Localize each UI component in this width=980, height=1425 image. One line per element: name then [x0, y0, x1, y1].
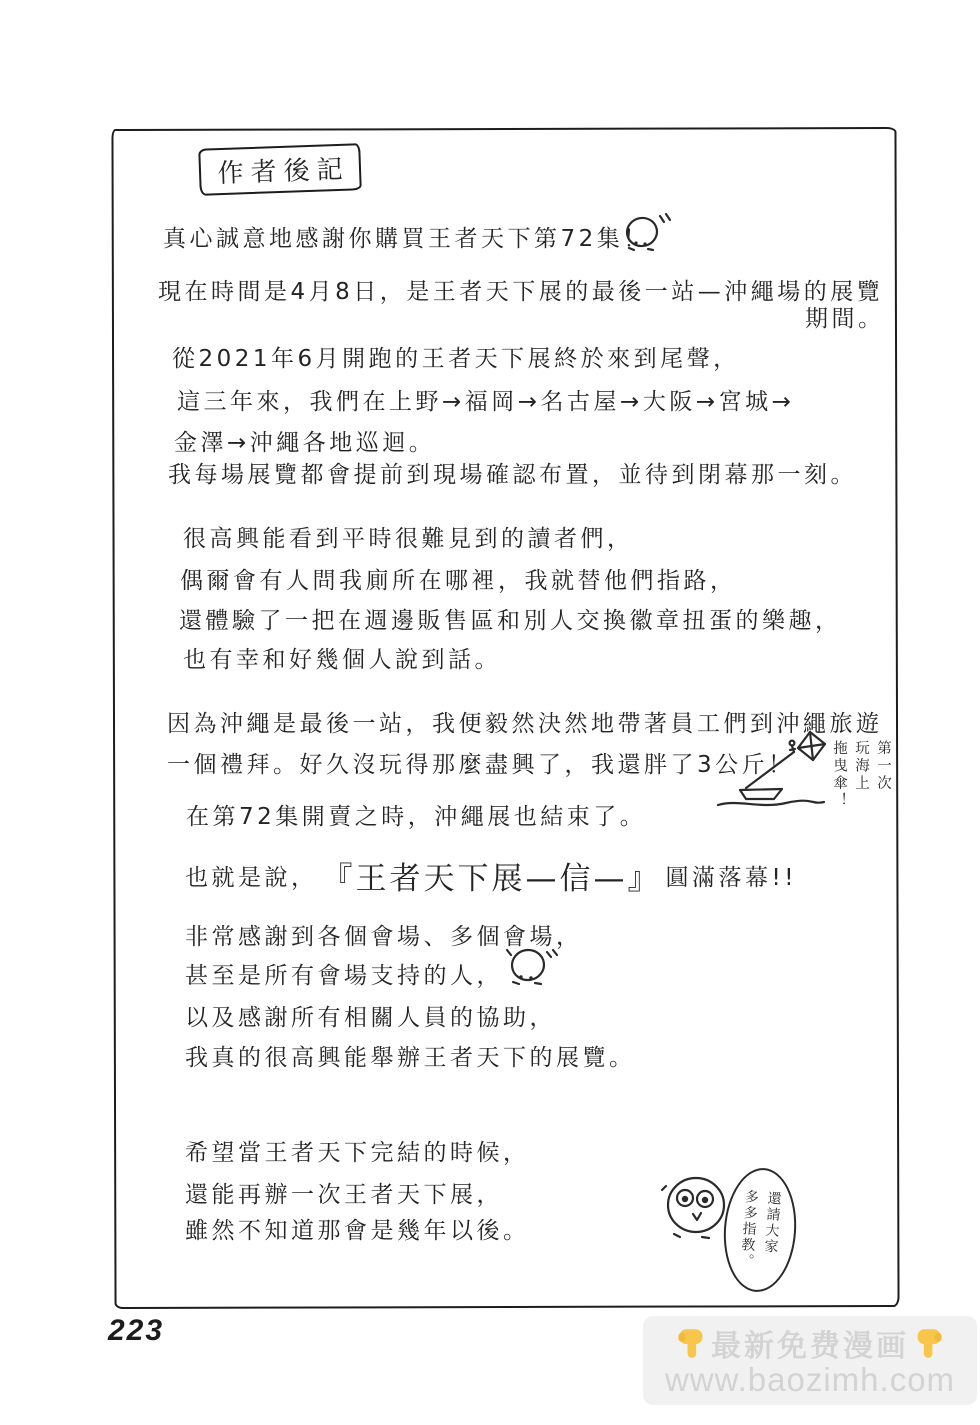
- watermark-url[interactable]: www.baozimh.com: [665, 1361, 955, 1399]
- afterword-line: 在第72集開賣之時，沖繩展也結束了。: [186, 798, 646, 831]
- speech-bubble-col: 多多指教。: [736, 1189, 762, 1270]
- page-number: 223: [108, 1314, 164, 1348]
- watermark-text: 最新免费漫画: [711, 1321, 909, 1365]
- headline-quoted: 『王者天下展—信—』: [322, 853, 662, 898]
- parasail-note: 第一次 玩海上 拖曳傘！: [831, 740, 891, 810]
- afterword-line: 這三年來，我們在上野→福岡→名古屋→大阪→宮城→: [177, 383, 794, 416]
- afterword-line: 很高興能看到平時很難見到的讀者們，: [183, 520, 634, 553]
- afterword-line: 以及感謝所有相關人員的協助，: [185, 999, 556, 1032]
- afterword-line: 現在時間是4月8日，是王者天下展的最後一站—沖繩場的展覽: [158, 273, 883, 306]
- afterword-line: 雖然不知道那會是幾年以後。: [185, 1212, 530, 1245]
- afterword-line: 甚至是所有會場支持的人，: [185, 957, 503, 990]
- point-down-icon: [677, 1327, 705, 1359]
- afterword-line: 偶爾會有人問我廁所在哪裡，我就替他們指路，: [180, 562, 737, 595]
- afterword-title: 作者後記: [210, 149, 350, 191]
- afterword-line: 希望當王者天下完結的時候，: [185, 1134, 530, 1167]
- afterword-line: 期間。: [805, 300, 885, 333]
- bowing-face-icon: [615, 210, 673, 256]
- headline-prefix: 也就是說，: [185, 859, 318, 892]
- parasail-note-col: 玩海上: [853, 740, 869, 810]
- afterword-title-box: 作者後記: [198, 143, 362, 196]
- speech-bubble-col: 還請大家: [759, 1190, 785, 1271]
- afterword-line: 真心誠意地感謝你購買王者天下第72集！: [163, 220, 650, 253]
- afterword-line: 還能再辦一次王者天下展，: [185, 1176, 503, 1209]
- afterword-line: 我真的很高興能舉辦王者天下的展覽。: [185, 1039, 636, 1072]
- afterword-line: 一個禮拜。好久沒玩得那麼盡興了，我還胖了3公斤！: [167, 746, 795, 779]
- bowing-face-icon: [495, 942, 561, 992]
- parasail-note-col: 第一次: [875, 740, 891, 810]
- parasail-note-col: 拖曳傘！: [831, 740, 847, 810]
- point-down-icon: [915, 1327, 943, 1359]
- afterword-line: 金澤→沖繩各地巡迴。: [174, 424, 435, 457]
- afterword-headline: 也就是說， 『王者天下展—信—』 圓滿落幕!!: [185, 850, 797, 900]
- afterword-line: 從2021年6月開跑的王者天下展終於來到尾聲，: [172, 340, 740, 373]
- watermark-link[interactable]: 最新免费漫画 www.baozimh.com: [643, 1316, 977, 1405]
- afterword-line: 還體驗了一把在週邊販售區和別人交換徽章扭蛋的樂趣，: [179, 602, 842, 635]
- afterword-line: 我每場展覽都會提前到現場確認布置，並待到閉幕那一刻。: [168, 456, 857, 489]
- afterword-line: 也有幸和好幾個人說到話。: [183, 641, 501, 674]
- parasail-boat-doodle-icon: [712, 726, 830, 812]
- headline-suffix: 圓滿落幕!!: [666, 859, 797, 892]
